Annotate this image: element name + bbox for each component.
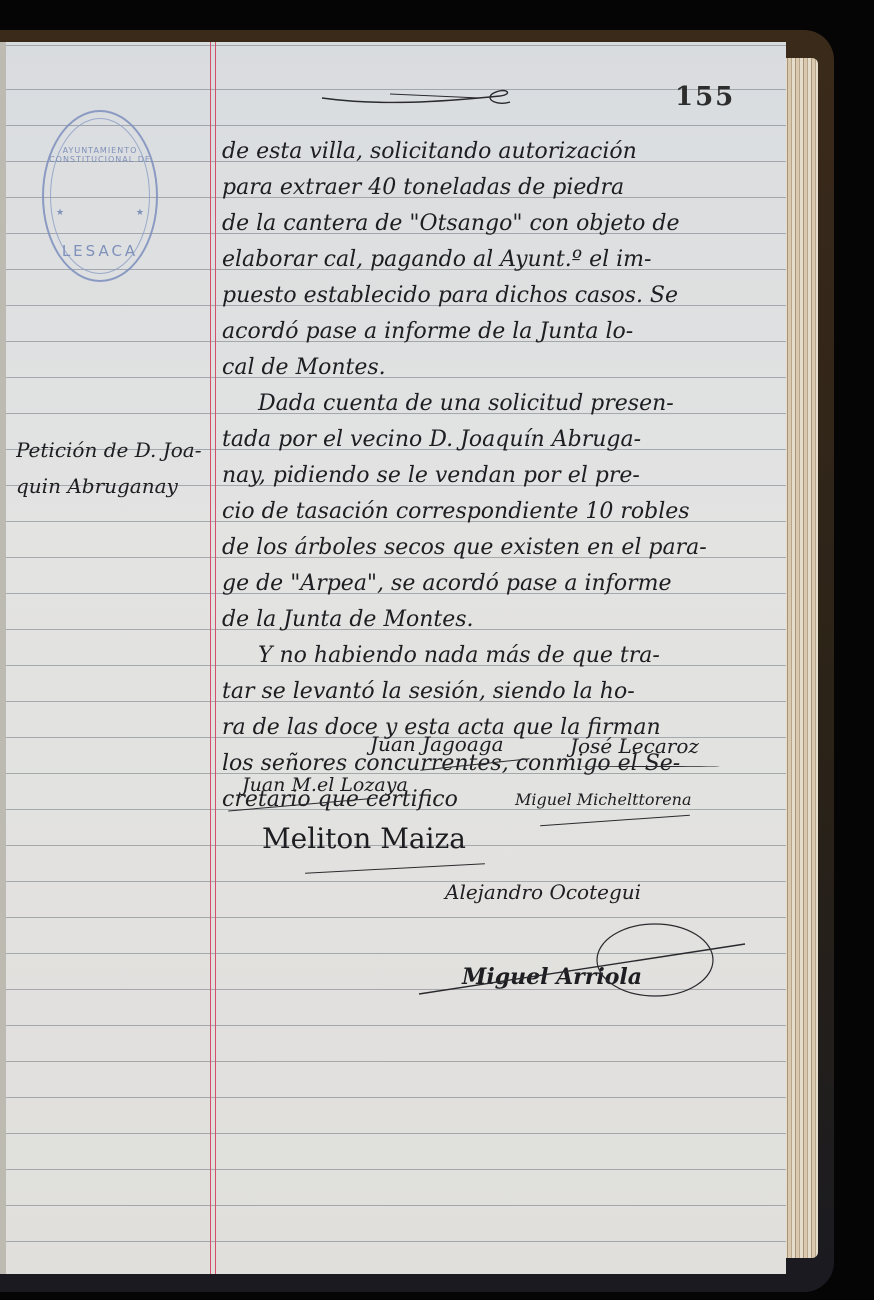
text-line: de esta villa, solicitando autorización — [222, 134, 782, 170]
star-icon: ★ — [136, 208, 144, 218]
signature-juan-lozaya: Juan M.el Lozaya — [242, 774, 408, 796]
secretary-flourish-icon — [415, 922, 755, 1002]
text-line: acordó pase a informe de la Junta lo- — [222, 314, 782, 350]
signature-underline — [580, 766, 720, 767]
text-line: elaborar cal, pagando al Ayunt.º el im- — [222, 242, 782, 278]
text-line: tada por el vecino D. Joaquín Abruga- — [222, 422, 782, 458]
page-number: 155 — [675, 82, 735, 112]
text-line: de la Junta de Montes. — [222, 602, 782, 638]
signature-jose-lecaroz: José Lecaroz — [570, 734, 699, 758]
text-line: nay, pidiendo se le vendan por el pre- — [222, 458, 782, 494]
stamp-stars: ★ ★ — [44, 208, 156, 218]
text-line: Y no habiendo nada más de que tra- — [222, 638, 782, 674]
page-gutter — [0, 42, 6, 1274]
minutes-text: de esta villa, solicitando autorización … — [222, 134, 782, 818]
text-line: de los árboles secos que existen en el p… — [222, 530, 782, 566]
text-line: Dada cuenta de una solicitud presen- — [222, 386, 782, 422]
text-line: puesto establecido para dichos casos. Se — [222, 278, 782, 314]
signature-meliton-maiza: Meliton Maiza — [262, 822, 466, 855]
margin-note-line: quin Abruganay — [16, 468, 208, 504]
text-line: ge de "Arpea", se acordó pase a informe — [222, 566, 782, 602]
text-line: para extraer 40 toneladas de piedra — [222, 170, 782, 206]
header-flourish-icon — [320, 88, 520, 112]
text-line: cio de tasación correspondiente 10 roble… — [222, 494, 782, 530]
signature-juan-jagoaga: Juan Jagoaga — [370, 732, 504, 756]
stamp-bottom-text: LESACA — [44, 242, 156, 260]
margin-note-line: Petición de D. Joa- — [16, 432, 208, 468]
ledger-page: AYUNTAMIENTO CONSTITUCIONAL DE ★ ★ LESAC… — [0, 42, 786, 1274]
text-line: cal de Montes. — [222, 350, 782, 386]
star-icon: ★ — [56, 208, 64, 218]
stamp-top-text: AYUNTAMIENTO CONSTITUCIONAL DE — [44, 146, 156, 164]
text-line: de la cantera de "Otsango" con objeto de — [222, 206, 782, 242]
signature-miguel-michelttorena: Miguel Michelttorena — [515, 790, 692, 809]
margin-rule — [210, 42, 216, 1274]
text-line: tar se levantó la sesión, siendo la ho- — [222, 674, 782, 710]
margin-note: Petición de D. Joa- quin Abruganay — [16, 432, 208, 504]
municipal-stamp: AYUNTAMIENTO CONSTITUCIONAL DE ★ ★ LESAC… — [42, 110, 158, 282]
signature-alejandro-ocotegui: Alejandro Ocotegui — [445, 880, 641, 904]
